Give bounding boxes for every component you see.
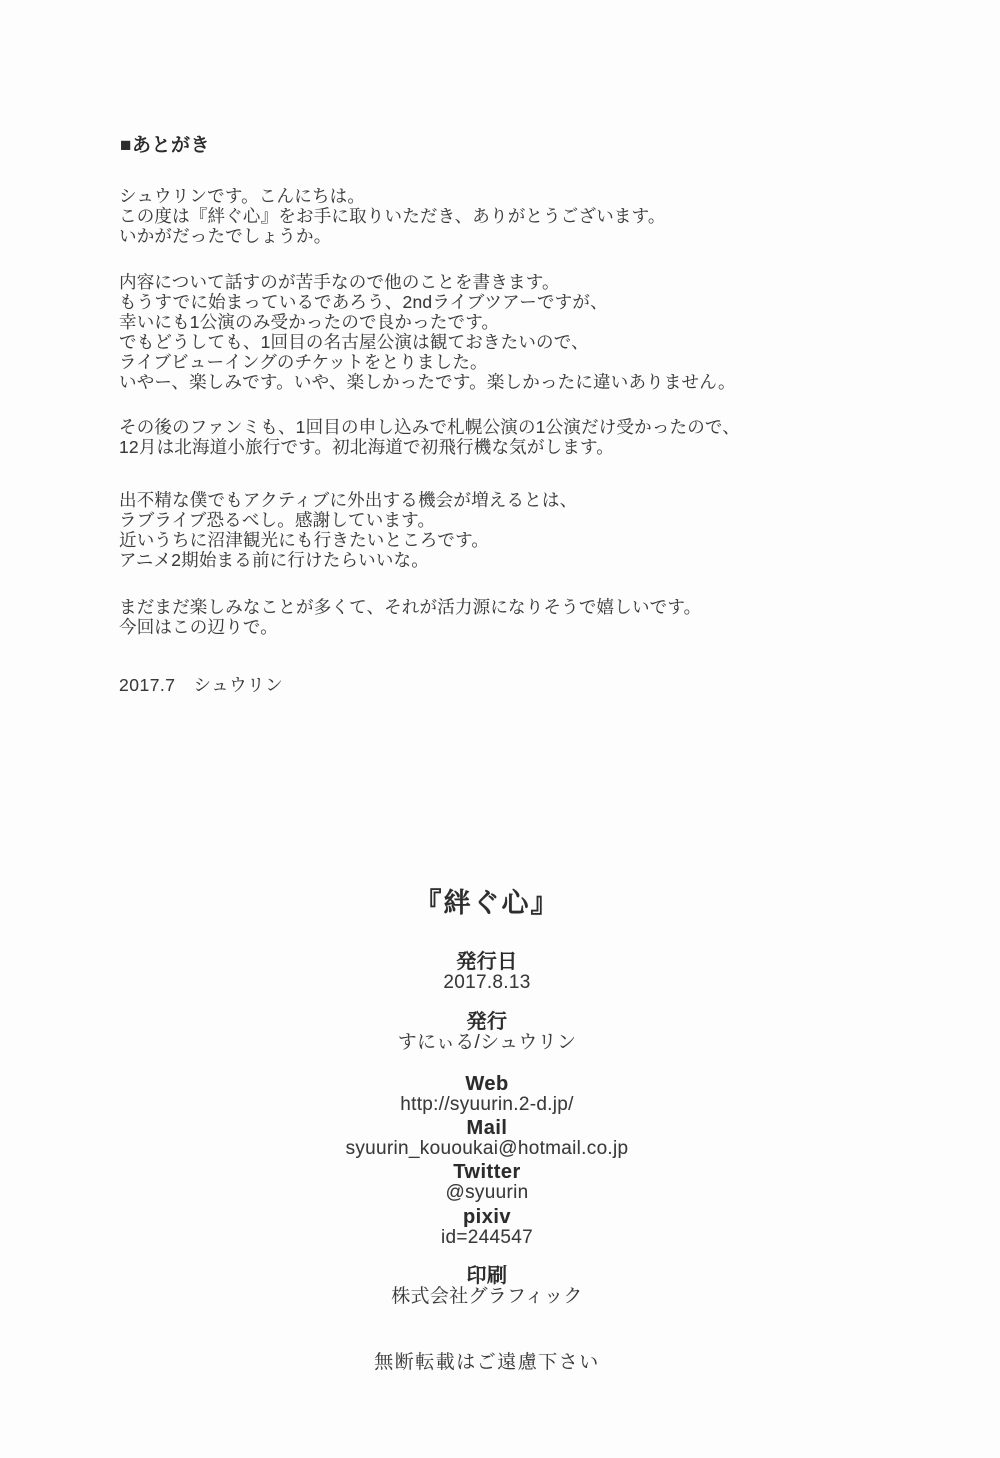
book-title: 『絆ぐ心』 bbox=[0, 881, 987, 920]
document-page: ■あとがき シュウリンです。こんにちは。 この度は『絆ぐ心』をお手に取りいただき… bbox=[0, 0, 1000, 1458]
colophon-value: すにぃる/シュウリン bbox=[0, 1033, 987, 1053]
colophon-entry-twitter: Twitter @syuurin bbox=[0, 1162, 987, 1203]
colophon-entry-pixiv: pixiv id=244547 bbox=[0, 1207, 987, 1248]
reprint-notice: 無断転載はご遠慮下さい bbox=[0, 1347, 987, 1374]
colophon-label: Twitter bbox=[0, 1162, 987, 1183]
colophon-entry-printer: 印刷 株式会社グラフィック bbox=[0, 1266, 987, 1307]
colophon-label: 発行日 bbox=[0, 952, 987, 973]
email-address: syuurin_kououkai@hotmail.co.jp bbox=[0, 1139, 987, 1159]
twitter-handle: @syuurin bbox=[0, 1183, 987, 1203]
colophon-entry-web: Web http://syuurin.2-d.jp/ bbox=[0, 1074, 987, 1115]
colophon-label: Mail bbox=[0, 1118, 987, 1139]
website-url: http://syuurin.2-d.jp/ bbox=[0, 1095, 987, 1115]
colophon-label: 印刷 bbox=[0, 1266, 987, 1287]
colophon-label: 発行 bbox=[0, 1012, 987, 1033]
colophon-entry-publisher: 発行 すにぃる/シュウリン bbox=[0, 1012, 987, 1053]
colophon-value: 2017.8.13 bbox=[0, 973, 987, 993]
colophon-label: pixiv bbox=[0, 1207, 987, 1228]
colophon-label: Web bbox=[0, 1074, 987, 1095]
colophon-entry-mail: Mail syuurin_kououkai@hotmail.co.jp bbox=[0, 1118, 987, 1159]
pixiv-id: id=244547 bbox=[0, 1228, 987, 1248]
colophon-section: 『絆ぐ心』 発行日 2017.8.13 発行 すにぃる/シュウリン Web ht… bbox=[0, 0, 987, 1458]
colophon-entry-publish-date: 発行日 2017.8.13 bbox=[0, 952, 987, 993]
colophon-value: 株式会社グラフィック bbox=[0, 1287, 987, 1307]
